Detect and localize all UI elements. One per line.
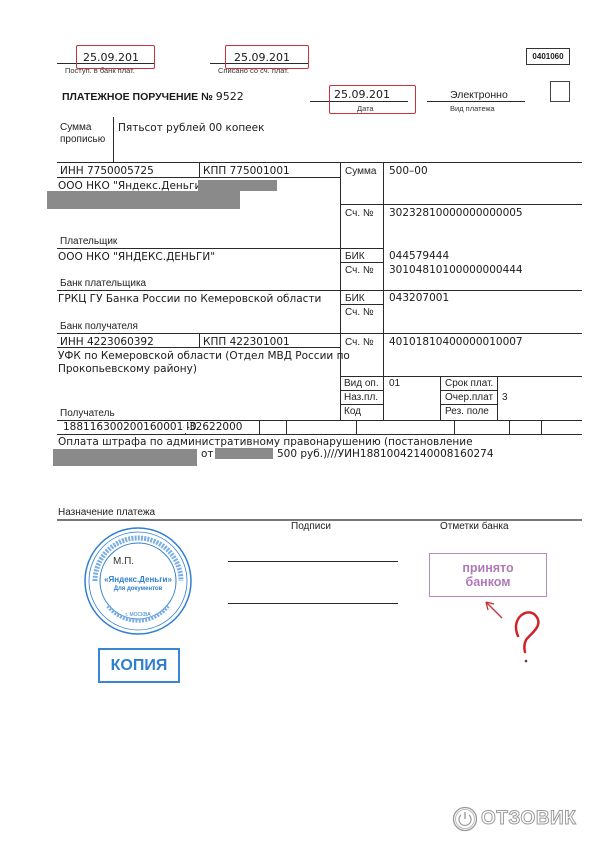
priority-label: Очер.плат [445, 392, 493, 404]
copy-stamp: КОПИЯ [98, 648, 180, 683]
stamp-name: «Яндекс.Деньги» [94, 575, 182, 584]
payee-name-line1: УФК по Кемеровской области (Отдел МВД Ро… [58, 350, 350, 362]
payee-account-label: Сч. № [345, 337, 374, 349]
payee-bank-bik-label: БИК [345, 293, 365, 305]
payer-bank-name: ООО НКО "ЯНДЕКС.ДЕНЬГИ" [58, 251, 215, 263]
purpose-code-label: Наз.пл. [344, 392, 378, 404]
term-label: Срок плат. [445, 378, 493, 390]
watermark-text: ОТЗОВИК [481, 808, 576, 830]
purpose-label: Назначение платежа [58, 507, 155, 519]
order-number: 9522 [216, 90, 244, 103]
status-box [550, 81, 570, 102]
page-title: ПЛАТЕЖНОЕ ПОРУЧЕНИЕ № 9522 [62, 90, 244, 103]
payee-bank-label: Банк получателя [60, 321, 138, 333]
purpose-from: от [201, 448, 214, 460]
grid-line [340, 404, 383, 405]
company-seal: М.П. «Яндекс.Деньги» Для документов г. М… [83, 526, 193, 636]
payer-label: Плательщик [60, 236, 117, 248]
red-highlight-box [225, 45, 309, 69]
grid-line [440, 390, 497, 391]
amount-words-label-2: прописью [60, 134, 105, 146]
signature-line-2[interactable] [228, 603, 398, 604]
kbk-clip [184, 421, 187, 433]
grid-line [57, 290, 582, 291]
payee-label: Получатель [60, 408, 115, 420]
payer-inn: ИНН 7750005725 [60, 165, 154, 177]
grid-line [440, 404, 497, 405]
redacted-block [47, 191, 240, 209]
op-type-label: Вид оп. [344, 378, 379, 390]
payment-type: Электронно [450, 89, 508, 101]
priority-value: 3 [502, 392, 508, 404]
grid-line [57, 248, 383, 249]
payee-inn: ИНН 4223060392 [60, 336, 154, 348]
grid-line [440, 376, 441, 420]
watermark-logo: ОТЗОВИК [452, 806, 576, 832]
payer-account-label: Сч. № [345, 208, 374, 220]
grid-line [286, 420, 287, 434]
red-question-annotation-icon [480, 598, 560, 668]
stamp-mp: М.П. [113, 556, 134, 567]
reserve-label: Рез. поле [445, 406, 489, 418]
payee-account: 40101810400000010007 [389, 336, 523, 348]
amount-value: 500–00 [389, 165, 428, 177]
red-highlight-box [329, 85, 416, 114]
grid-line [497, 376, 498, 420]
grid-line [57, 162, 582, 163]
power-logo-icon [452, 806, 478, 832]
title-text: ПЛАТЕЖНОЕ ПОРУЧЕНИЕ № [62, 91, 213, 103]
grid-line [454, 420, 455, 434]
purpose-line1: Оплата штрафа по административному право… [58, 436, 473, 448]
payee-name-line2: Прокопьевскому району) [58, 363, 197, 375]
payee-bank-bik: 043207001 [389, 292, 449, 304]
divider [113, 117, 114, 162]
payer-bank-account-label: Сч. № [345, 265, 374, 277]
grid-line [259, 420, 260, 434]
grid-line [199, 162, 200, 177]
payment-type-underline [427, 101, 525, 102]
grid-line [340, 376, 582, 377]
stamp-city: г. МОСКВА [94, 612, 182, 618]
grid-line [541, 420, 542, 434]
payee-bank-name: ГРКЦ ГУ Банка России по Кемеровской обла… [58, 293, 321, 305]
payee-bank-account-label: Сч. № [345, 307, 374, 319]
signature-line-1[interactable] [228, 561, 398, 562]
grid-line [356, 420, 357, 434]
grid-line [340, 162, 341, 420]
payer-account: 30232810000000000005 [389, 207, 523, 219]
signatures-label: Подписи [291, 521, 331, 533]
grid-line [199, 333, 200, 347]
code-label: Код [344, 406, 361, 418]
op-type: 01 [389, 378, 400, 390]
amount-words-label: Сумма [60, 122, 91, 134]
kbk-value: 18811630020016000140 [63, 421, 197, 433]
amount-words-value: Пятьсот рублей 00 копеек [118, 122, 264, 134]
stamp-sub: Для документов [94, 586, 182, 592]
payer-bank-label: Банк плательщика [60, 278, 146, 290]
payer-bank-account: 30104810100000000444 [389, 264, 523, 276]
bank-accepted-stamp: принято банком [429, 553, 547, 597]
grid-line [509, 420, 510, 434]
grid-line [383, 162, 384, 420]
bank-stamp-line2: банком [430, 575, 546, 589]
form-code: 0401060 [526, 48, 570, 65]
grid-line [340, 390, 383, 391]
bank-marks-label: Отметки банка [440, 521, 509, 533]
payment-type-label: Вид платежа [450, 104, 495, 113]
grid-line [57, 434, 582, 435]
red-highlight-box [76, 45, 155, 69]
bank-stamp-line1: принято [430, 561, 546, 575]
oktmo-value: 32622000 [189, 421, 242, 433]
payer-bank-bik: 044579444 [389, 250, 449, 262]
payer-bank-bik-label: БИК [345, 251, 365, 263]
amount-label: Сумма [345, 166, 376, 178]
redacted-block [198, 180, 277, 191]
redacted-block [215, 448, 273, 459]
grid-line [340, 204, 582, 205]
payer-kpp: КПП 775001001 [203, 165, 290, 177]
purpose-line2: 500 руб.)///УИН18810042140008160274 [277, 448, 494, 460]
redacted-block [53, 449, 197, 466]
grid-line [57, 333, 582, 334]
grid-line [57, 177, 340, 178]
payee-kpp: КПП 422301001 [203, 336, 290, 348]
